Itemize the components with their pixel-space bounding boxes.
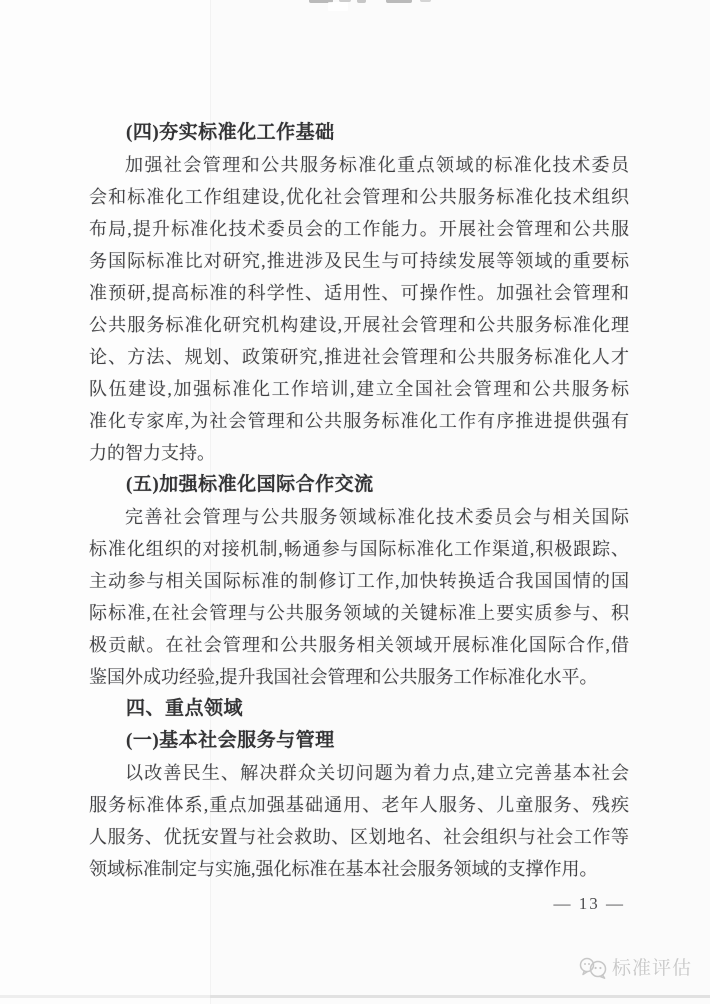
text-line: 力的智力支持。 [89,437,629,469]
text-line: 会和标准化工作组建设,优化社会管理和公共服务标准化技术组织 [89,181,629,213]
bottom-divider [0,995,710,998]
text-line: 布局,提升标准化技术委员会的工作能力。开展社会管理和公共服 [89,213,629,245]
text-line: 极贡献。在社会管理和公共服务相关领域开展标准化国际合作,借 [89,629,629,661]
scanned-document-page: (四)夯实标准化工作基础 加强社会管理和公共服务标准化重点领域的标准化技术委员会… [0,0,710,1004]
text-line: 标准化组织的对接机制,畅通参与国际标准化工作渠道,积极跟踪、 [89,533,629,565]
part-heading-4: 四、重点领域 [89,693,629,725]
text-line: 领域标准制定与实施,强化标准在基本社会服务领域的支撑作用。 [89,853,629,885]
scan-artifact [328,2,348,11]
watermark: 标准评估 [578,955,692,983]
page-number: — 13 — [554,893,626,915]
text-line: 准预研,提高标准的科学性、适用性、可操作性。加强社会管理和 [89,277,629,309]
text-line: 公共服务标准化研究机构建设,开展社会管理和公共服务标准化理 [89,309,629,341]
text-line: 人服务、优抚安置与社会救助、区划地名、社会组织与社会工作等 [89,821,629,853]
paragraph-section-4: 加强社会管理和公共服务标准化重点领域的标准化技术委员会和标准化工作组建设,优化社… [89,149,629,469]
text-line: 主动参与相关国际标准的制修订工作,加快转换适合我国国情的国 [89,565,629,597]
paragraph-section-1: 以改善民生、解决群众关切问题为着力点,建立完善基本社会服务标准体系,重点加强基础… [89,757,629,885]
text-line: 服务标准体系,重点加强基础通用、老年人服务、儿童服务、残疾 [89,789,629,821]
bottom-divider-light-segment [0,995,210,998]
text-line: 加强社会管理和公共服务标准化重点领域的标准化技术委员 [89,149,629,181]
scan-artifact [386,0,412,3]
text-line: 以改善民生、解决群众关切问题为着力点,建立完善基本社会 [89,757,629,789]
scan-artifact [357,0,366,3]
scan-artifact [420,0,431,2]
wechat-icon [578,955,608,983]
text-line: 鉴国外成功经验,提升我国社会管理和公共服务工作标准化水平。 [89,661,629,693]
page-content: (四)夯实标准化工作基础 加强社会管理和公共服务标准化重点领域的标准化技术委员会… [89,117,629,885]
text-line: 完善社会管理与公共服务领域标准化技术委员会与相关国际 [89,501,629,533]
text-line: 论、方法、规划、政策研究,推进社会管理和公共服务标准化人才 [89,341,629,373]
text-line: 务国际标准比对研究,推进涉及民生与可持续发展等领域的重要标 [89,245,629,277]
watermark-label: 标准评估 [612,955,692,983]
section-heading-4: (四)夯实标准化工作基础 [89,117,629,149]
text-line: 际标准,在社会管理与公共服务领域的关键标准上要实质参与、积 [89,597,629,629]
section-heading-1: (一)基本社会服务与管理 [89,725,629,757]
section-heading-5: (五)加强标准化国际合作交流 [89,469,629,501]
text-line: 准化专家库,为社会管理和公共服务标准化工作有序推进提供强有 [89,405,629,437]
text-line: 队伍建设,加强标准化工作培训,建立全国社会管理和公共服务标 [89,373,629,405]
paragraph-section-5: 完善社会管理与公共服务领域标准化技术委员会与相关国际标准化组织的对接机制,畅通参… [89,501,629,693]
